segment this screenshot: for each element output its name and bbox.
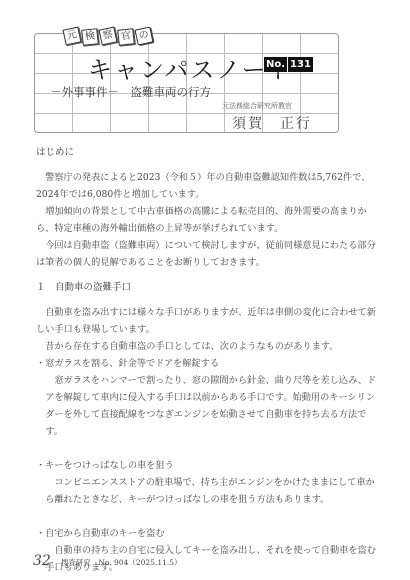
issue-badge: No. 131: [264, 57, 313, 72]
series-tag: 検: [81, 28, 99, 46]
issue-number: 131: [288, 57, 313, 72]
article-subtitle: －外事事件－ 盗難車両の行方: [50, 84, 211, 100]
column-title: キャンパスノート: [88, 50, 294, 85]
method-title: ・キーをつけっぱなしの車を狙う: [36, 457, 381, 474]
method-description: 窓ガラスをハンマーで割ったり、窓の隙間から針金、曲り尺等を差し込み、ドアを解錠し…: [36, 372, 381, 440]
series-tag: 察: [99, 27, 118, 46]
author-affiliation: 元法務総合研究所教官: [222, 101, 292, 111]
article-body: はじめに 警察庁の発表によると2023（令和５）年の自動車盗難認知件数は5,76…: [36, 144, 381, 576]
page-number: 32: [33, 553, 51, 569]
author-name: 須賀 正行: [232, 113, 312, 133]
paragraph: 昔から存在する自動車盗の手口としては、次のようなものがあります。: [36, 338, 381, 355]
page-footer: 32 捜査研究 No. 904（2025.11.5）: [33, 553, 182, 569]
series-tag: 元: [63, 27, 82, 46]
publication-info: 捜査研究 No. 904（2025.11.5）: [61, 557, 182, 568]
series-tags: 元 検 察 官 の: [64, 28, 152, 45]
intro-heading: はじめに: [36, 144, 381, 161]
series-tag: の: [135, 27, 154, 46]
method-title: ・窓ガラスを割る、針金等でドアを解錠する: [36, 355, 381, 372]
series-tag: 官: [117, 28, 135, 46]
paragraph: 警察庁の発表によると2023（令和５）年の自動車盗難認知件数は5,762件で、2…: [36, 169, 381, 203]
paragraph: 自動車を盗み出すには様々な手口がありますが、近年は車側の変化に合わせて新しい手口…: [36, 304, 381, 338]
paragraph: 今回は自動車盗（盗難車両）について検討しますが、従前同様意見にわたる部分は筆者の…: [36, 237, 381, 271]
issue-label: No.: [264, 57, 287, 72]
method-description: コンビニエンスストアの駐車場で、持ち主がエンジンをかけたままにして車から離れたと…: [36, 474, 381, 508]
paragraph: 増加傾向の背景として中古車価格の高騰による転売目的、海外需要の高まりから、特定車…: [36, 203, 381, 237]
method-title: ・自宅から自動車のキーを盗む: [36, 525, 381, 542]
section-heading: １ 自動車の盗難手口: [36, 279, 381, 296]
